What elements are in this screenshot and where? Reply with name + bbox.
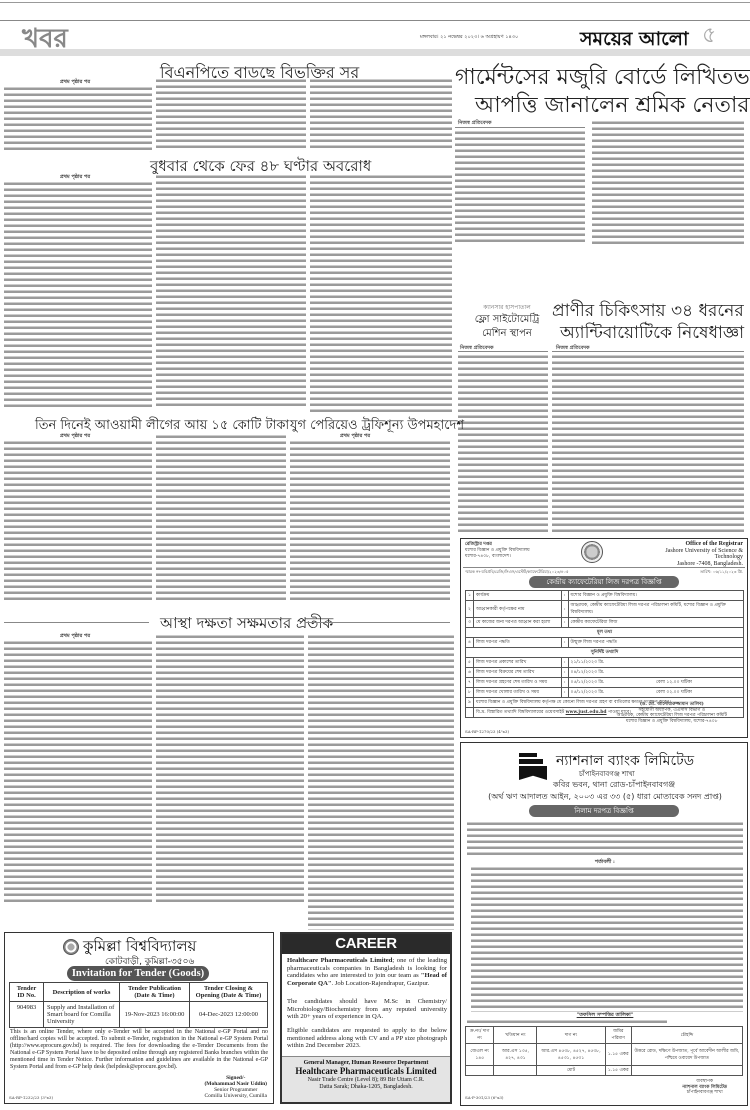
company-name: Healthcare Pharmaceuticals Limited — [287, 957, 392, 964]
note-website-label: বি.দ্র. বিস্তারিত তথ্যাদি বিশ্ববিদ্যালয়… — [476, 710, 564, 715]
row-label: যে কাজের জন্য দরপত্র আহ্বান করা হলো — [474, 618, 562, 628]
ad-career-opportunity: CAREER OPPORTUNITY Healthcare Pharmaceut… — [280, 932, 452, 1104]
col-header: Tender Closing & Opening (Date & Time) — [190, 983, 268, 1002]
headline-antibiotic-line2: অ্যান্টিবায়োটিকে নিষেধাজ্ঞা — [560, 320, 744, 348]
row-label: কার্যক্রম — [474, 591, 562, 601]
byline-rule — [455, 127, 585, 128]
ad-career-footer-line3: Nasir Trade Centre (Level 8); 89 Bir Utt… — [282, 1077, 450, 1084]
row-value: ০৫/১২/২০২৩ খ্রি. — [568, 688, 654, 698]
ad-nb-law: (অর্থ ঋণ আদালত আইন, ২০০৩ এর ৩৩ (৫) ধারা … — [465, 791, 745, 804]
cell: ১.১৫ একর — [605, 1044, 631, 1066]
row-no: ৭ — [466, 678, 474, 688]
col-header: Tender Publication (Date & Time) — [120, 983, 190, 1002]
ad-career-paragraph2: The candidates should have M.Sc in Chemi… — [287, 998, 447, 1021]
article-text-confidence-col1 — [4, 640, 152, 902]
article-text-bnp-col3 — [310, 78, 452, 150]
article-text-blockade-col1 — [4, 181, 152, 409]
article-text-cancer — [458, 354, 548, 534]
byline-rule — [458, 351, 548, 352]
col-header: Description of works — [44, 983, 120, 1002]
ad-comilla-table: Tender ID No. Description of works Tende… — [9, 982, 268, 1028]
ad-just-rule — [463, 567, 745, 568]
tender-description: Supply and Installation of Smart board f… — [44, 1002, 120, 1028]
col-header: Tender ID No. — [10, 983, 44, 1002]
row-value: ২১/১১/২০২৩ খ্রি. — [568, 658, 743, 668]
row-no: ৩ — [466, 618, 474, 628]
ad-career-title: CAREER OPPORTUNITY — [282, 934, 450, 954]
row-no: ৫ — [466, 658, 474, 668]
ad-just-table: ১কার্যক্রম:যশোর বিজ্ঞান ও প্রযুক্তি বিশ্… — [465, 590, 744, 718]
just-logo-icon — [581, 541, 603, 563]
ad-nb-title: নিলাম দরপত্র বিজ্ঞপ্তি — [529, 805, 679, 817]
cell: মোট — [537, 1066, 605, 1076]
ad-just-left-line: যশোর-৭৪০৮, বাংলাদেশ। — [465, 554, 530, 560]
ad-comilla-body: This is an online Tender, where only e-T… — [10, 1029, 268, 1071]
article-text-trophy — [290, 440, 450, 600]
row-label: লিজ দরপত্র খোলার তারিখ ও সময় — [474, 688, 562, 698]
ad-career-paragraph3: Eligible candidates are requested to app… — [287, 1027, 447, 1050]
article-text-awami-col2 — [156, 434, 286, 600]
ad-just-memo: স্মারক নং-যবিপ্রবি/রেজি/সিএস/এস্টেট/ক্যা… — [465, 569, 569, 576]
row-no: ৪ — [466, 638, 474, 648]
ad-nb-code: SA-P-301/23 (6"x3) — [465, 1095, 503, 1100]
ad-just-code: SA-RP-1270/23 (4"x3) — [465, 729, 509, 734]
article-text-bnp-col1 — [4, 86, 152, 150]
headline-cancer-line2: মেশিন স্থাপন — [462, 326, 552, 343]
row-value: ০৪/১২/২০২৩ খ্রি. — [568, 668, 743, 678]
ad-just-signature: আহ্বায়ক, কেন্দ্রীয় ক্যাফেটেরিয়া লিজ দ… — [617, 713, 727, 719]
cell: উত্তরে রোড, দক্ষিণে উপজাত, পূর্বে আবেদীন… — [631, 1044, 742, 1066]
section-row: সুনির্দিষ্ট তথ্যাদি — [466, 648, 744, 658]
row-value: ০৫/১২/২০২৩ খ্রি. — [568, 678, 654, 688]
article-text-confidence-col3 — [308, 634, 454, 930]
row-time: বেলা ১২.০০ ঘটিকা — [654, 678, 744, 688]
tender-closing: 04-Dec-2023 12:00:00 — [190, 1002, 268, 1028]
row-label: লিজ দরপত্র বিক্রয়ের শেষ তারিখ — [474, 668, 562, 678]
ad-nb-signature: চাঁপাইনবাবগঞ্জ শাখা — [682, 1090, 727, 1096]
article-text-blockade-col3 — [310, 174, 452, 412]
cell: আর.এস ৪৫৩৮, ৪৫২৭, ৪৫৩৮, ৪৫৩১, ৪৫৩১ — [537, 1044, 605, 1066]
col-header: চৌহদ্দি — [631, 1027, 742, 1044]
ad-comilla-tender: কুমিল্লা বিশ্ববিদ্যালয় কোটবাড়ী, কুমিল্… — [4, 932, 274, 1104]
row-no: ২ — [466, 601, 474, 618]
row-no: ১ — [466, 591, 474, 601]
article-text-bnp-col2 — [156, 78, 306, 150]
row-label: আহ্বানকারী কর্তৃপক্ষের নাম — [474, 601, 562, 618]
header-band — [0, 49, 750, 56]
headline-rule-right — [305, 622, 450, 623]
cell: আর.এস ১৩৫, ৪২৭, ৪৩১ — [494, 1044, 537, 1066]
ad-nb-schedule-intro — [467, 1019, 667, 1025]
ad-just-title: কেন্দ্রীয় ক্যাফেটেরিয়া লিজ দরপত্র বিজ্… — [529, 576, 679, 588]
row-value: কেন্দ্রীয় ক্যাফেটেরিয়া লিজ — [568, 618, 743, 628]
row-value: আহ্বায়ক, কেন্দ্রীয় ক্যাফেটেরিয়া লিজ দ… — [568, 601, 743, 618]
ad-nb-schedule-table: ক্র.নং/ দাগ নং খতিয়ান নং দাগ নং জমির পর… — [465, 1026, 743, 1076]
comilla-logo-icon — [63, 939, 79, 955]
ad-just-cafeteria-lease: রেজিস্ট্রার দপ্তর যশোর বিজ্ঞান ও প্রযুক্… — [460, 538, 748, 738]
header-top-rule — [0, 2, 750, 3]
tender-publication: 19-Nov-2023 16:00:00 — [120, 1002, 190, 1028]
row-label: লিজ দরপত্র পদ্ধতি — [474, 638, 562, 648]
cell: ১.১৫ একর — [605, 1066, 631, 1076]
row-label: লিজ দরপত্র গ্রহণের শেষ তারিখ ও সময় — [474, 678, 562, 688]
ad-comilla-title: Invitation for Tender (Goods) — [67, 966, 209, 981]
ad-just-date: তারিখ: ০৬/১১/২০২৩ খ্রি. — [700, 569, 743, 576]
cell: জেএল নং ১৪৫ — [466, 1044, 494, 1066]
header-rule — [0, 20, 750, 21]
col-header: খতিয়ান নং — [494, 1027, 537, 1044]
ad-comilla-code: SA-RP-1232/23 (3"x3) — [9, 1095, 53, 1100]
ad-career-footer-line2: Healthcare Pharmaceuticals Limited — [282, 1066, 450, 1077]
website-link[interactable]: www.just.edu.bd — [566, 710, 607, 715]
col-header: জমির পরিমাণ — [605, 1027, 631, 1044]
col-header: দাগ নং — [537, 1027, 605, 1044]
tender-id: 904983 — [10, 1002, 44, 1028]
row-no: ৬ — [466, 668, 474, 678]
cell — [631, 1066, 742, 1076]
cell — [494, 1066, 537, 1076]
dateline: মঙ্গলবার। ২১ নভেম্বর ২০২৩। ৬ অগ্রহায়ণ ১… — [420, 34, 518, 42]
cell — [466, 1066, 494, 1076]
row-no: ৮ — [466, 688, 474, 698]
article-text-antibiotic — [552, 354, 744, 534]
ad-nb-intro-text — [467, 821, 743, 857]
ad-comilla-signature: Comilla University, Cumilla — [204, 1093, 267, 1099]
national-bank-logo-icon — [519, 751, 549, 781]
col-header: ক্র.নং/ দাগ নং — [466, 1027, 494, 1044]
article-text-garments-col2 — [592, 120, 744, 244]
row-label: লিজ দরপত্র প্রকাশের তারিখ — [474, 658, 562, 668]
row-time: বেলা ০২.০০ ঘটিকা — [654, 688, 744, 698]
row-value: উন্মুক্ত লিজ দরপত্র পদ্ধতি — [568, 638, 743, 648]
section-row: মূল তথ্য — [466, 628, 744, 638]
article-text-confidence-col2 — [156, 634, 304, 902]
article-text-garments-col1 — [455, 130, 585, 244]
p1-tail: . Job Location-Rajendrapur, Gazipur. — [332, 980, 430, 987]
article-text-blockade-col2 — [156, 174, 306, 409]
ad-national-bank-auction: ন্যাশনাল ব্যাংক লিমিটেড চাঁপাইনবাবগঞ্জ শ… — [460, 742, 748, 1106]
headline-rule-left — [4, 622, 149, 623]
row-value: যশোর বিজ্ঞান ও প্রযুক্তি বিশ্ববিদ্যালয়। — [568, 591, 743, 601]
article-text-awami-col1 — [4, 440, 152, 600]
byline-rule — [552, 351, 744, 352]
ad-career-paragraph1: Healthcare Pharmaceuticals Limited; one … — [287, 957, 447, 987]
ad-nb-conditions-text — [471, 866, 743, 1012]
ad-just-signature: যশোর বিজ্ঞান ও প্রযুক্তি বিশ্ববিদ্যালয়,… — [617, 719, 727, 725]
ad-career-footer-line4: Datta Sarak; Dhaka-1205, Bangladesh. — [282, 1084, 450, 1091]
